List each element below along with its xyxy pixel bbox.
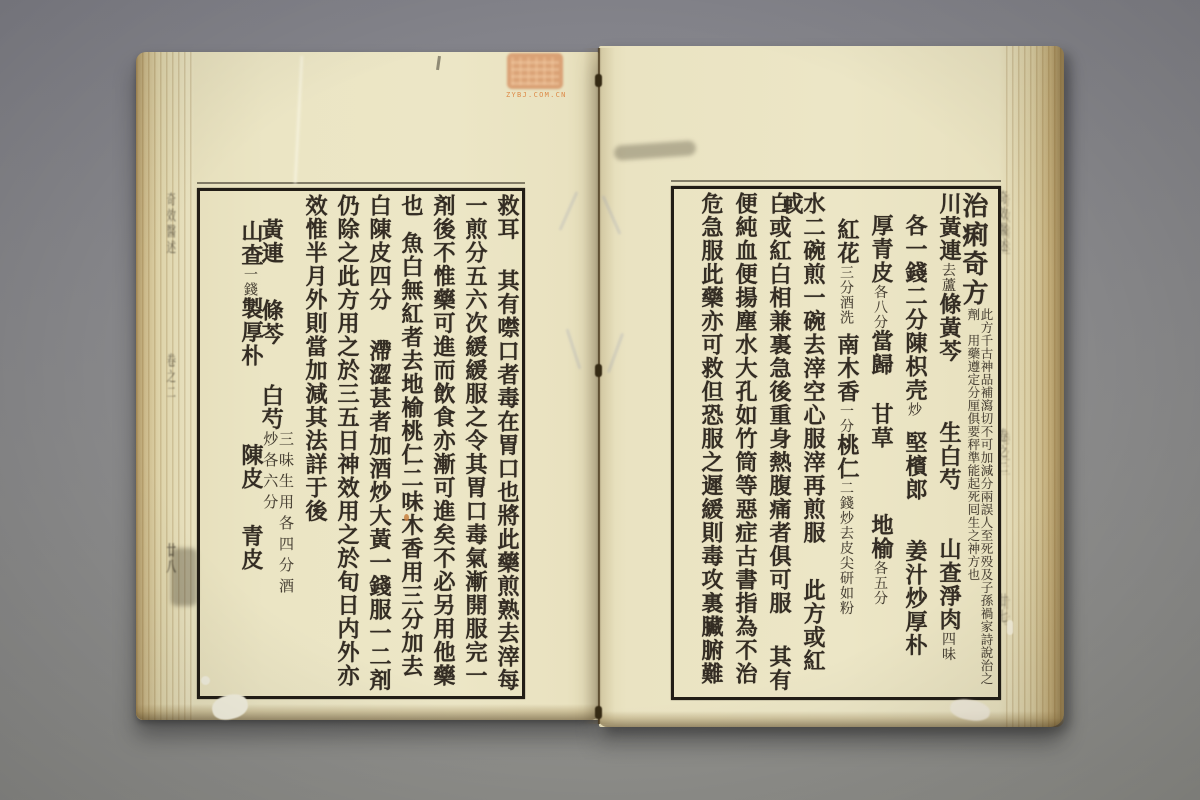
- text-run: 地榆: [868, 514, 893, 561]
- spacer: [249, 368, 251, 444]
- text-run: 甘草: [868, 403, 893, 450]
- text-run: 白陳皮四分: [366, 194, 391, 312]
- text-column: 白陳皮四分滯澀甚者加酒炒大黃一錢服一二剤: [357, 194, 389, 693]
- right-page: 奇效醫述 卷之二 廿七 治痢奇方此方千古神品補瀉切不可加減分兩誤人至死殁及子孫禍…: [599, 46, 1064, 727]
- spacer: [845, 325, 847, 333]
- spacer: [409, 218, 411, 232]
- spacer: [249, 194, 251, 220]
- text-run: 紅花: [834, 218, 859, 265]
- text-run: 水二碗煎一碗去滓空心服滓再煎服: [800, 192, 825, 545]
- left-page: 奇效醫述 卷之二 廿八 救耳其有噤口者毒在胃口也將此藥煎熟去滓每一煎分五六次緩緩…: [136, 52, 599, 720]
- page-number: 廿八: [164, 543, 177, 575]
- spacer: [269, 194, 271, 218]
- right-text-frame: 治痢奇方此方千古神品補瀉切不可加減分兩誤人至死殁及子孫禍家詩說治之劑 用藥遵定分…: [671, 186, 1001, 700]
- annotation-note: 三味生用各四分酒炒各六分: [262, 431, 294, 617]
- annotation-note: 一錢: [242, 267, 258, 297]
- watermark-url: ZYBJ.COM.CN: [506, 91, 564, 99]
- spacer: [879, 192, 881, 214]
- text-column: 川黃連去蘆條黃芩生白芍山查淨肉四味: [925, 192, 959, 694]
- photo-backdrop: 奇效醫述 卷之二 廿八 救耳其有噤口者毒在胃口也將此藥煎熟去滓每一煎分五六次緩緩…: [0, 0, 1200, 800]
- text-run: 青皮: [238, 525, 263, 572]
- left-text-frame: 救耳其有噤口者毒在胃口也將此藥煎熟去滓每一煎分五六次緩緩服之令其胃口毒氣漸開服完…: [197, 188, 525, 699]
- annotation-note: 各五分: [872, 561, 888, 606]
- text-column: 一煎分五六次緩緩服之令其胃口毒氣漸開服完一: [453, 194, 485, 693]
- text-run: 條黃芩: [936, 293, 961, 364]
- text-run: 生白芍: [936, 421, 961, 492]
- text-column: 也魚白無紅者去地榆桃仁二味木香用三分加去: [389, 194, 421, 693]
- text-column: 厚青皮各八分當歸甘草地榆各五分: [857, 192, 891, 694]
- spacer: [269, 346, 271, 384]
- text-run: 陳皮: [238, 444, 263, 491]
- text-column: 剤後不惟藥可進而飲食亦漸可進矣不必另用他藥: [421, 194, 453, 693]
- text-run: 厚青皮: [868, 214, 893, 285]
- spacer: [269, 265, 271, 299]
- text-column: 紅花三分酒洗南木香一分桃仁二錢炒去皮尖研如粉: [823, 192, 857, 694]
- text-run: 救耳: [494, 194, 519, 241]
- text-run: 當歸: [868, 330, 893, 377]
- text-column: 黃連條芩白芍三味生用各四分酒炒各六分: [261, 194, 293, 693]
- text-run: 山查淨肉: [936, 538, 961, 632]
- text-column: 白或紅白相兼裏急後重身熱腹痛者俱可服其有: [755, 192, 789, 694]
- seal-icon: [507, 53, 563, 89]
- text-run: 南木香: [834, 333, 859, 404]
- text-run: 效惟半月外則當加減其法詳于後: [302, 194, 327, 523]
- text-run: 危急服此藥亦可救但恐服之遲緩則毒攻裏臟腑難: [698, 192, 723, 686]
- chapter-label: 卷之二: [164, 353, 177, 401]
- annotation-note: 各八分: [872, 285, 888, 330]
- spacer: [913, 502, 915, 540]
- text-run: 陳枳壳: [902, 332, 927, 403]
- text-column: 治痢奇方此方千古神品補瀉切不可加減分兩誤人至死殁及子孫禍家詩說治之劑 用藥遵定分…: [959, 192, 993, 694]
- text-column: 水二碗煎一碗去滓空心服滓再煎服此方或紅或: [789, 192, 823, 694]
- annotation-note: 此方千古神品補瀉切不可加減分兩誤人至死殁及子孫禍家詩說治之劑 用藥遵定分厘俱要秤…: [967, 308, 993, 688]
- spacer: [947, 363, 949, 421]
- spacer: [505, 241, 507, 269]
- text-run: 魚白無紅者去地榆桃仁二味木香用三分加去: [398, 232, 423, 679]
- text-run: 白或紅白相兼裏急後重身熱腹痛者俱可服: [766, 192, 791, 615]
- left-page-folding-margin: 奇效醫述 卷之二 廿八: [164, 190, 194, 730]
- text-column: 效惟半月外則當加減其法詳于後: [293, 194, 325, 693]
- annotation-note: 炒: [906, 402, 922, 417]
- text-column: 仍除之此方用之於三五日神效用之於旬日内外亦: [325, 194, 357, 693]
- text-run: 桃仁: [834, 434, 859, 481]
- text-run: 白芍: [258, 384, 283, 431]
- running-title: 奇效醫述: [164, 192, 177, 256]
- annotation-note: 三分酒洗: [838, 265, 854, 325]
- text-run: 也: [398, 194, 423, 218]
- annotation-note: 一分: [838, 404, 854, 434]
- spacer: [249, 491, 251, 525]
- spacer: [377, 312, 379, 340]
- text-column: 救耳其有噤口者毒在胃口也將此藥煎熟去滓每: [485, 194, 517, 693]
- spacer: [811, 545, 813, 579]
- text-run: 其有噤口者毒在胃口也將此藥煎熟去滓每: [494, 269, 519, 692]
- spacer: [879, 377, 881, 403]
- text-run: 山查: [238, 220, 263, 267]
- section-heading: 治痢奇方: [958, 192, 988, 308]
- left-text-block: 救耳其有噤口者毒在胃口也將此藥煎熟去滓每一煎分五六次緩緩服之令其胃口毒氣漸開服完…: [202, 194, 517, 693]
- text-column: 危急服此藥亦可救但恐服之遲緩則毒攻裏臟腑難: [687, 192, 721, 694]
- text-run: 滯澀甚者加酒炒大黃一錢服一二剤: [366, 340, 391, 693]
- annotation-note: 去蘆: [940, 263, 956, 293]
- spacer: [879, 450, 881, 514]
- text-run: 各一錢二分: [902, 214, 927, 332]
- annotation-note: 四味: [940, 632, 956, 662]
- text-run: 姜汁炒厚朴: [902, 540, 927, 658]
- text-run: 一煎分五六次緩緩服之令其胃口毒氣漸開服完一: [462, 194, 487, 688]
- text-column: 各一錢二分陳枳壳炒堅檳郎姜汁炒厚朴: [891, 192, 925, 694]
- text-column: 山查一錢製厚朴陳皮青皮: [229, 194, 261, 693]
- text-column: 便純血便揚塵水大孔如竹筒等惡症古書指為不治: [721, 192, 755, 694]
- spacer: [913, 417, 915, 431]
- watermark-seal: ZYBJ.COM.CN: [506, 53, 564, 99]
- spacer: [777, 615, 779, 645]
- spacer: [913, 192, 915, 214]
- annotation-note: 二錢炒去皮尖研如粉: [838, 481, 854, 616]
- text-run: 川黃連: [936, 192, 961, 263]
- text-run: 便純血便揚塵水大孔如竹筒等惡症古書指為不治: [732, 192, 757, 686]
- spacer: [947, 492, 949, 538]
- right-text-block: 治痢奇方此方千古神品補瀉切不可加減分兩誤人至死殁及子孫禍家詩說治之劑 用藥遵定分…: [676, 192, 993, 694]
- text-run: 剤後不惟藥可進而飲食亦漸可進矣不必另用他藥: [430, 194, 455, 688]
- text-run: 製厚朴: [238, 297, 263, 368]
- spacer: [845, 192, 847, 218]
- text-run: 其有: [766, 645, 791, 692]
- text-run: 堅檳郎: [902, 431, 927, 502]
- text-run: 仍除之此方用之於三五日神效用之於旬日内外亦: [334, 194, 359, 688]
